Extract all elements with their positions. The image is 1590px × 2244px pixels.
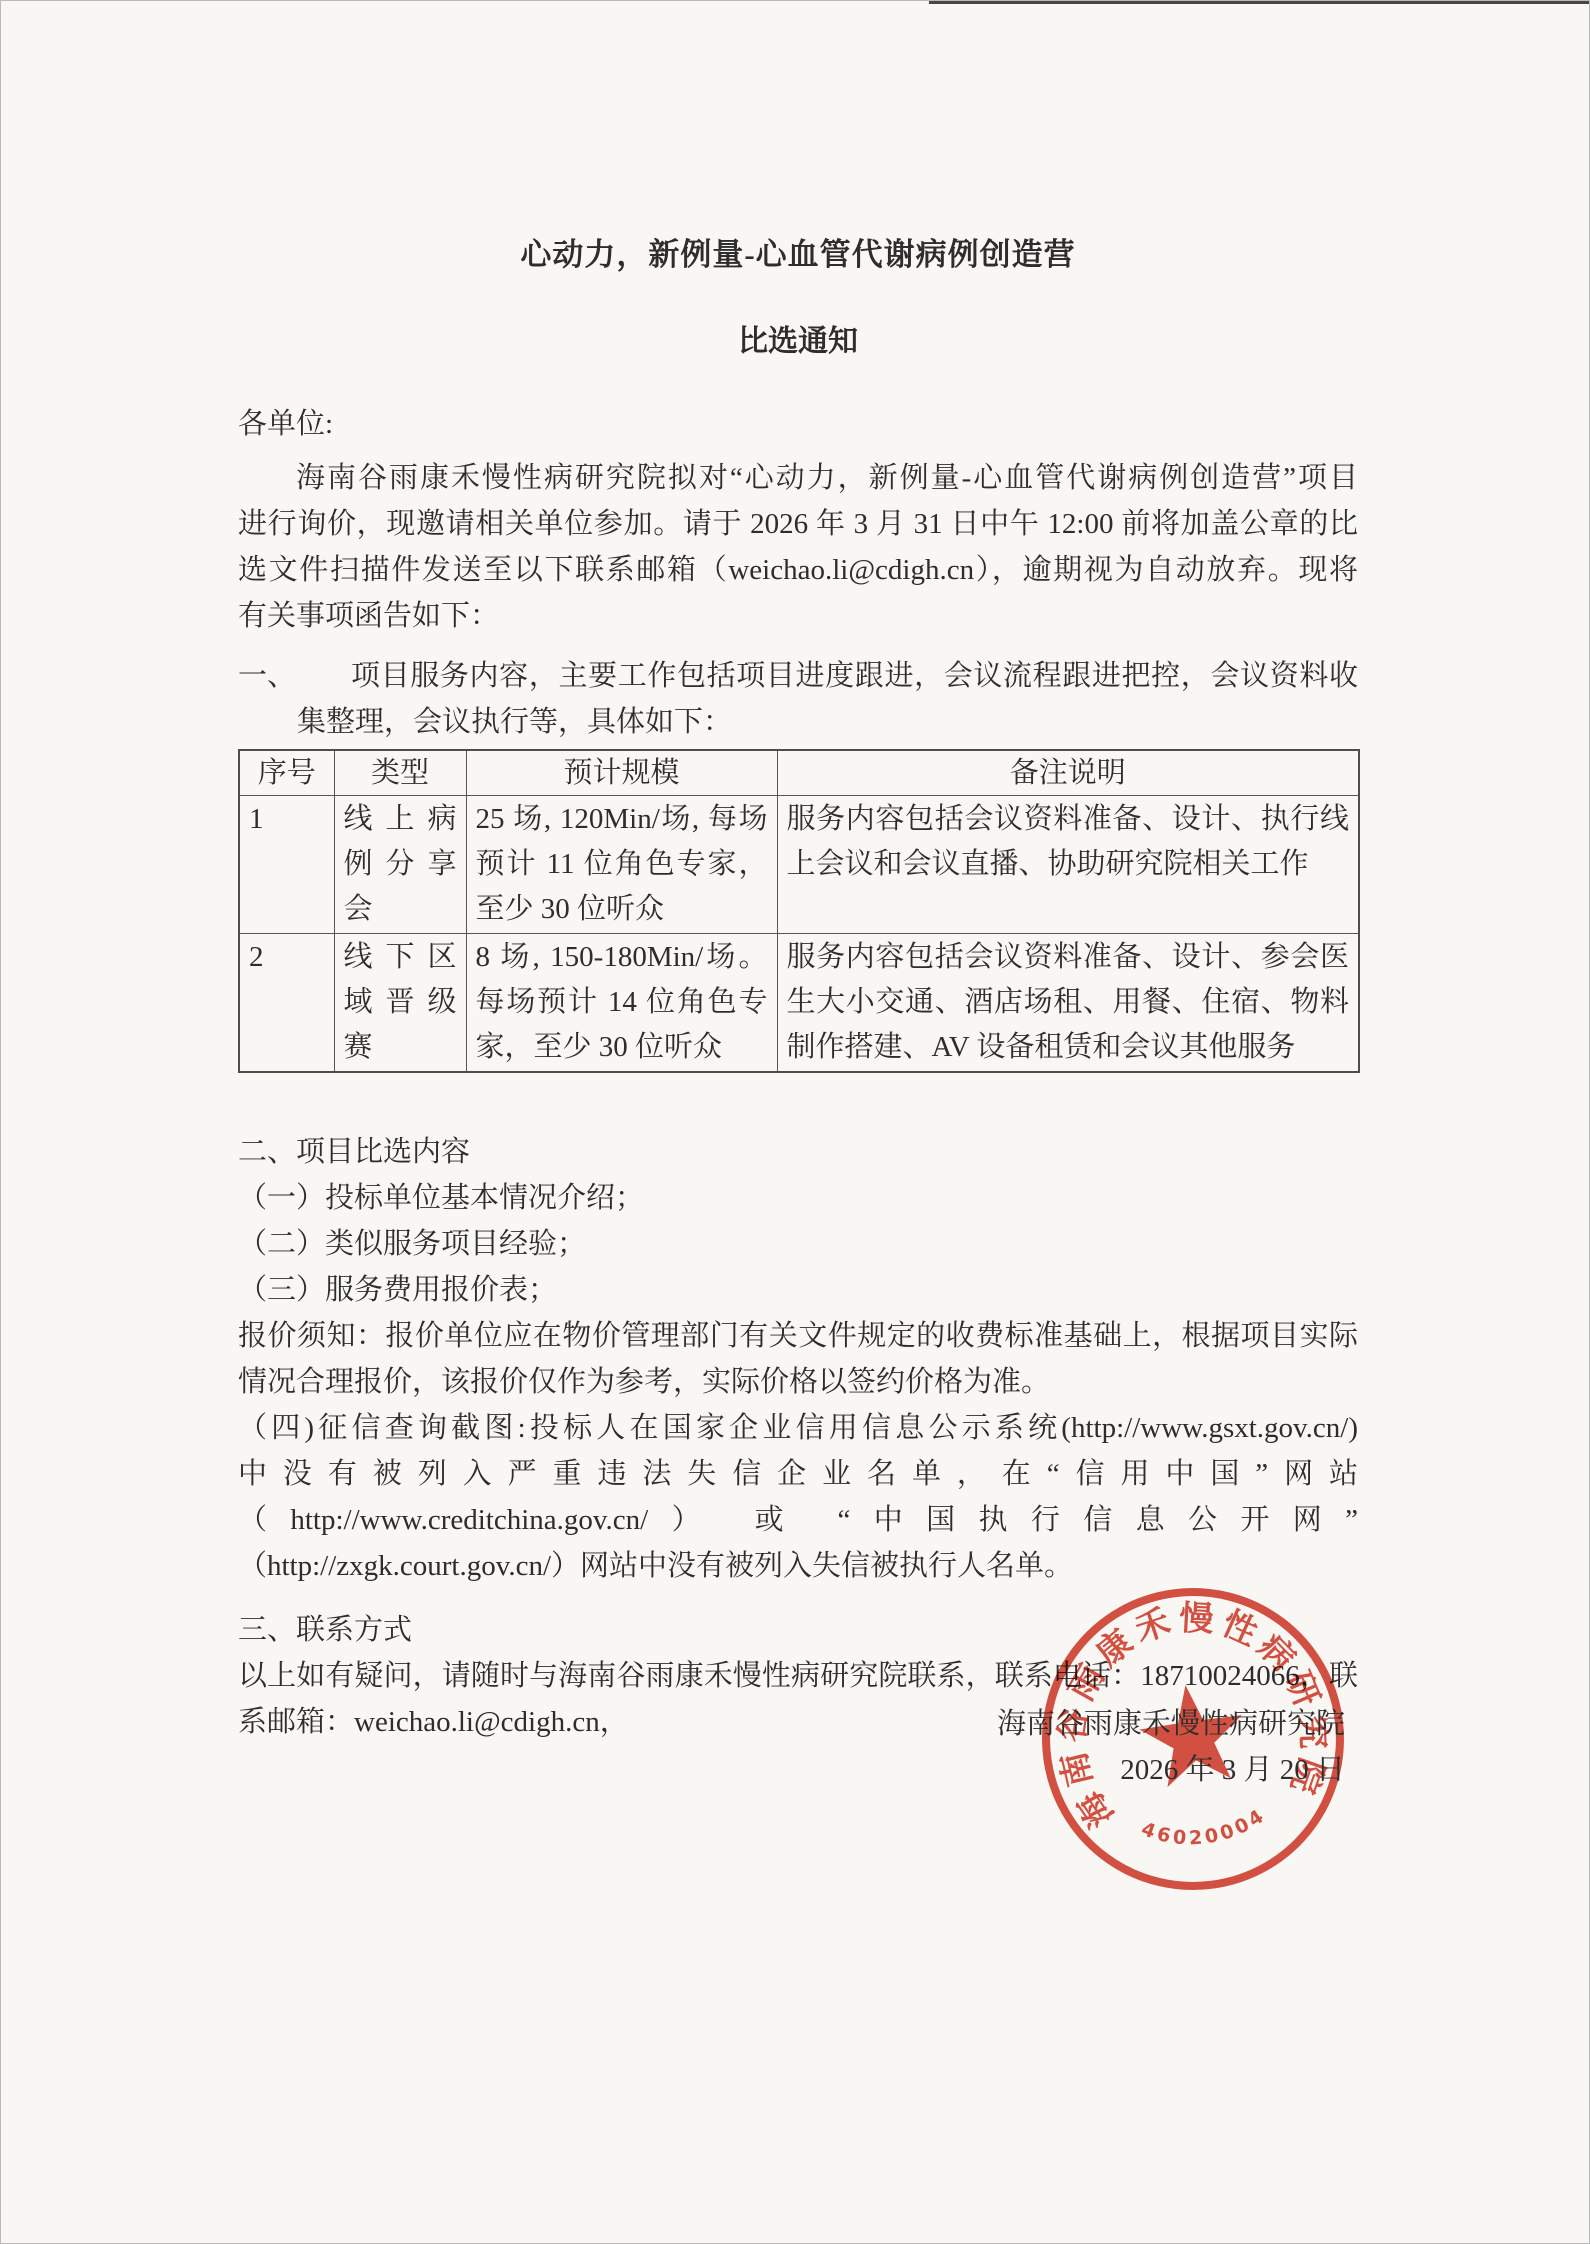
intro-line: 有关事项函告如下： <box>238 593 1358 639</box>
section-1-line: 一、 项目服务内容，主要工作包括项目进度跟进，会议流程跟进把控，会议资料收 <box>238 653 1358 699</box>
section-2-selection-content: 二、项目比选内容 （一）投标单位基本情况介绍； （二）类似服务项目经验； （三）… <box>238 1129 1358 1589</box>
column-header-remark: 备注说明 <box>777 750 1359 796</box>
section-1-line: 集整理，会议执行等，具体如下： <box>238 699 1358 745</box>
cell-no: 2 <box>239 934 334 1073</box>
cell-scale: 8 场, 150-180Min/场。每场预计 14 位角色专家，至少 30 位听… <box>466 934 777 1073</box>
signature-date: 2026 年 3 月 20 日 <box>997 1747 1345 1793</box>
section-2-heading: 二、项目比选内容 <box>238 1129 1358 1175</box>
table-header-row: 序号 类型 预计规模 备注说明 <box>239 750 1359 796</box>
column-header-no: 序号 <box>239 750 334 796</box>
signature-org: 海南谷雨康禾慢性病研究院 <box>997 1701 1345 1747</box>
quote-notice-line: 报价须知：报价单位应在物价管理部门有关文件规定的收费标准基础上，根据项目实际 <box>238 1313 1358 1359</box>
intro-paragraph: 海南谷雨康禾慢性病研究院拟对“心动力，新例量-心血管代谢病例创造营”项目 进行询… <box>238 455 1358 639</box>
cell-type: 线上病例分享会 <box>334 796 466 934</box>
credit-check-line: （http://zxgk.court.gov.cn/）网站中没有被列入失信被执行… <box>238 1543 1358 1589</box>
intro-line: 选文件扫描件发送至以下联系邮箱（weichao.li@cdigh.cn），逾期视… <box>238 547 1358 593</box>
section-1-text: 项目服务内容，主要工作包括项目进度跟进，会议流程跟进把控，会议资料收 <box>351 653 1358 699</box>
section-2-item: （二）类似服务项目经验； <box>238 1221 1358 1267</box>
cell-scale: 25 场, 120Min/场, 每场预计 11 位角色专家，至少 30 位听众 <box>466 796 777 934</box>
quote-notice-line: 情况合理报价，该报价仅作为参考，实际价格以签约价格为准。 <box>238 1359 1358 1405</box>
credit-check-line: （四)征信查询截图:投标人在国家企业信用信息公示系统(http://www.gs… <box>238 1405 1358 1451</box>
table-row: 1 线上病例分享会 25 场, 120Min/场, 每场预计 11 位角色专家，… <box>239 796 1359 934</box>
section-2-item: （三）服务费用报价表； <box>238 1267 1358 1313</box>
section-1-number: 一、 <box>238 653 351 699</box>
service-scope-table: 序号 类型 预计规模 备注说明 1 线上病例分享会 25 场, 120Min/场… <box>238 749 1360 1073</box>
document-title: 心动力，新例量-心血管代谢病例创造营 <box>238 231 1358 279</box>
cell-remark: 服务内容包括会议资料准备、设计、参会医生大小交通、酒店场租、用餐、住宿、物料制作… <box>777 934 1359 1073</box>
credit-check-line: 中没有被列入严重违法失信企业名单，在“信用中国”网站 <box>238 1451 1358 1497</box>
column-header-scale: 预计规模 <box>466 750 777 796</box>
credit-check-line: （http://www.creditchina.gov.cn/） 或 “中国执行… <box>238 1497 1358 1543</box>
column-header-type: 类型 <box>334 750 466 796</box>
scanned-document-page: 心动力，新例量-心血管代谢病例创造营 比选通知 各单位: 海南谷雨康禾慢性病研究… <box>0 0 1590 2244</box>
section-2-item: （一）投标单位基本情况介绍； <box>238 1175 1358 1221</box>
salutation: 各单位: <box>238 401 1358 447</box>
section-1-service-content: 一、 项目服务内容，主要工作包括项目进度跟进，会议流程跟进把控，会议资料收 集整… <box>238 653 1358 745</box>
cell-remark: 服务内容包括会议资料准备、设计、执行线上会议和会议直播、协助研究院相关工作 <box>777 796 1359 934</box>
document-subtitle: 比选通知 <box>238 319 1358 365</box>
table-row: 2 线下区域晋级赛 8 场, 150-180Min/场。每场预计 14 位角色专… <box>239 934 1359 1073</box>
document-content: 心动力，新例量-心血管代谢病例创造营 比选通知 各单位: 海南谷雨康禾慢性病研究… <box>238 1 1358 1745</box>
intro-line: 海南谷雨康禾慢性病研究院拟对“心动力，新例量-心血管代谢病例创造营”项目 <box>238 455 1358 501</box>
cell-no: 1 <box>239 796 334 934</box>
intro-line: 进行询价，现邀请相关单位参加。请于 2026 年 3 月 31 日中午 12:0… <box>238 501 1358 547</box>
cell-type: 线下区域晋级赛 <box>334 934 466 1073</box>
signature-block: 海南谷雨康禾慢性病研究院 2026 年 3 月 20 日 <box>997 1701 1345 1793</box>
